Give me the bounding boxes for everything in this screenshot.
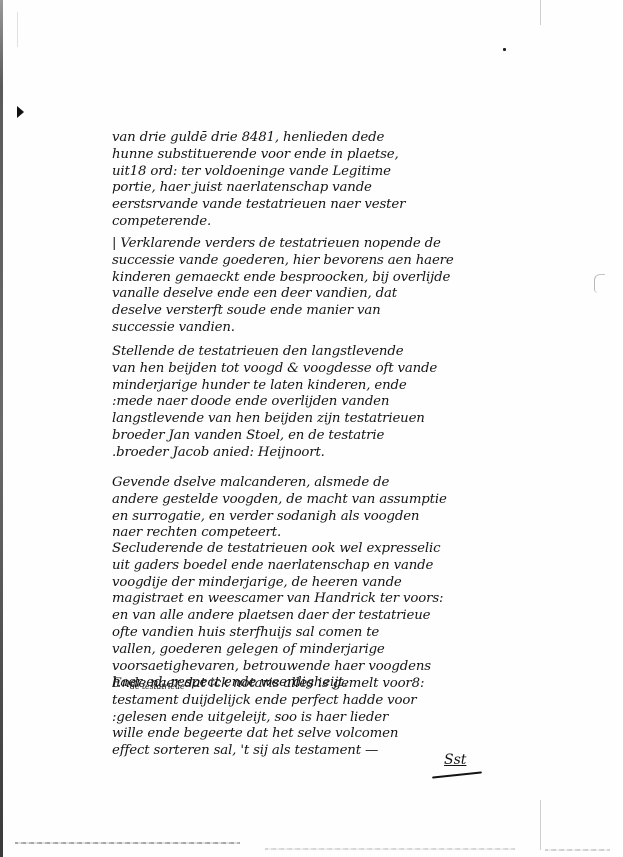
paragraph-line: van drie guldē drie 8481, henlieden dede <box>112 130 518 147</box>
paragraph-line: uit gaders boedel ende naerlatenschap en… <box>112 558 518 575</box>
paragraph-line: vanalle deselve ende een deer vandien, d… <box>112 286 518 303</box>
scan-streak <box>15 842 240 844</box>
scan-streak <box>265 848 515 850</box>
paragraph-line: minderjarige hunder te laten kinderen, e… <box>112 378 518 395</box>
paragraph-3: Stellende de testatrieuen den langstleve… <box>112 344 518 462</box>
paragraph-line: testament duijdelijck ende perfect hadde… <box>112 693 518 710</box>
signature-text: Sst <box>444 752 466 768</box>
paragraph-line: :mede naer doode ende overlijden vanden <box>112 394 518 411</box>
paragraph-line: voogdije der minderjarige, de heeren van… <box>112 575 518 592</box>
scan-left-edge-shadow <box>0 0 3 857</box>
paragraph-line: | Verklarende verders de testatrieuen no… <box>112 236 518 253</box>
ink-speck <box>503 48 506 51</box>
paragraph-line: .broeder Jacob anied: Heijnoort. <box>112 445 518 462</box>
paragraph-line: en surrogatie, en verder sodanigh als vo… <box>112 509 518 526</box>
paragraph-line: kinderen gemaeckt ende besproocken, bij … <box>112 270 518 287</box>
scan-streak <box>545 849 610 851</box>
signature: Sst <box>432 752 492 782</box>
paragraph-line: wille ende begeerte dat het selve volcom… <box>112 726 518 743</box>
paragraph-line: hunne substituerende voor ende in plaets… <box>112 147 518 164</box>
paragraph-line: Stellende de testatrieuen den langstleve… <box>112 344 518 361</box>
paragraph-line: competerende. <box>112 214 518 231</box>
paragraph-line: eerstsrvande vande testatrieuen naer ves… <box>112 197 518 214</box>
paragraph-6: Ende naer dat ick notaris alles is gemel… <box>112 676 518 760</box>
scan-vertical-line <box>17 12 18 47</box>
paragraph-line: van hen beijden tot voogd & voogdesse of… <box>112 361 518 378</box>
paragraph-4: Gevende dselve malcanderen, alsmede de a… <box>112 475 518 542</box>
scan-vertical-line <box>540 800 541 850</box>
paragraph-line: vallen, goederen gelegen of minderjarige <box>112 642 518 659</box>
signature-flourish <box>432 771 482 778</box>
paragraph-line: magistraet en weescamer van Handrick ter… <box>112 591 518 608</box>
paragraph-line: andere gestelde voogden, de macht van as… <box>112 492 518 509</box>
paragraph-line: deselve versterft soude ende manier van <box>112 303 518 320</box>
paragraph-2: | Verklarende verders de testatrieuen no… <box>112 236 518 337</box>
paragraph-line: Secluderende de testatrieuen ook wel exp… <box>112 541 518 558</box>
paragraph-line: uit18 ord: ter voldoeninge vande Legitim… <box>112 164 518 181</box>
paragraph-line: broeder Jan vanden Stoel, en de testatri… <box>112 428 518 445</box>
right-margin-mark <box>594 274 605 293</box>
paragraph-line: voorsaetighevaren, betrouwende haer voog… <box>112 659 518 676</box>
paragraph-line: successie vandien. <box>112 320 518 337</box>
paragraph-5: Secluderende de testatrieuen ook wel exp… <box>112 541 518 692</box>
paragraph-line: ofte vandien huis sterfhuijs sal comen t… <box>112 625 518 642</box>
paragraph-line: langstlevende van hen beijden zijn testa… <box>112 411 518 428</box>
paragraph-line: naer rechten competeert. <box>112 525 518 542</box>
paragraph-line: successie vande goederen, hier bevorens … <box>112 253 518 270</box>
paragraph-line: :gelesen ende uitgeleijt, soo is haer li… <box>112 710 518 727</box>
paragraph-line: Gevende dselve malcanderen, alsmede de <box>112 475 518 492</box>
margin-arrow-icon <box>17 106 24 118</box>
paragraph-line: Ende naer dat ick notaris alles is gemel… <box>112 676 518 693</box>
paragraph-1: van drie guldē drie 8481, henlieden dede… <box>112 130 518 231</box>
scan-vertical-line <box>540 0 541 25</box>
paragraph-line: portie, haer juist naerlatenschap vande <box>112 180 518 197</box>
scanned-document-page: van drie guldē drie 8481, henlieden dede… <box>0 0 623 857</box>
paragraph-line: en van alle andere plaetsen daer der tes… <box>112 608 518 625</box>
